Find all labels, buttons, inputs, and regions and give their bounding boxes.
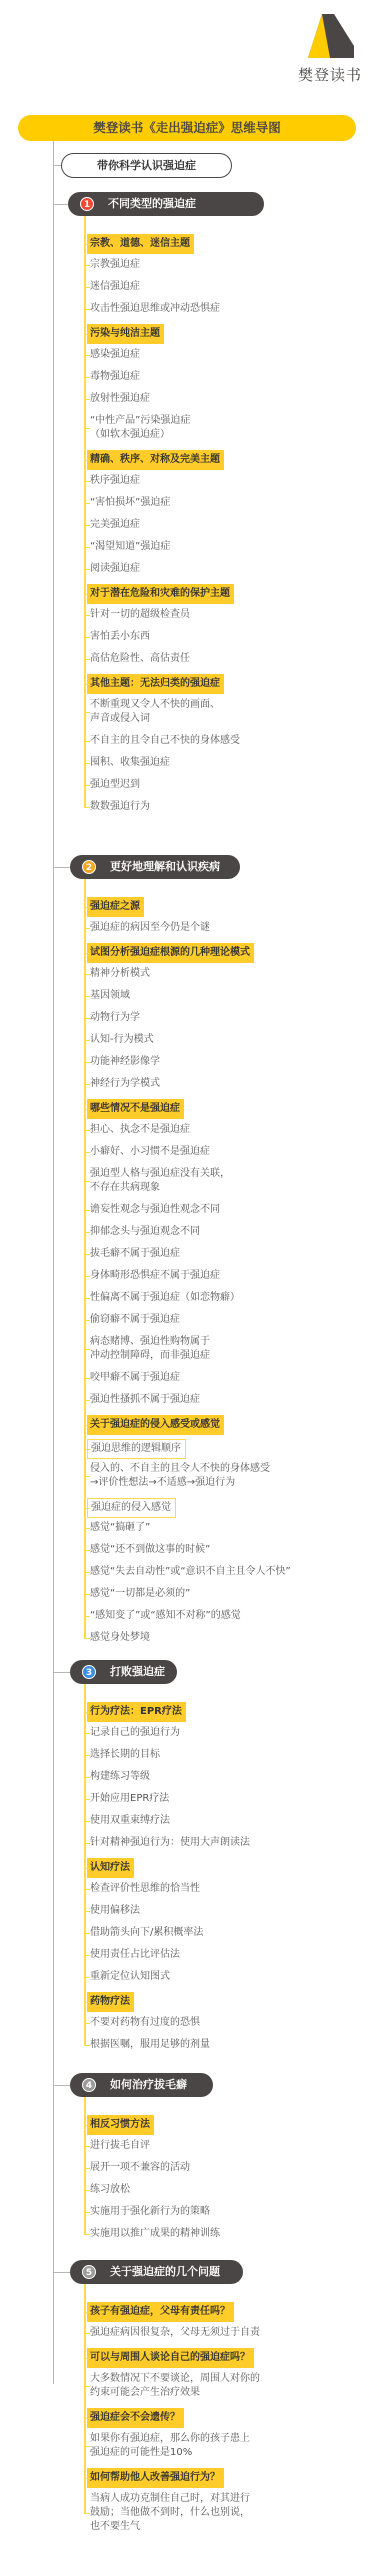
leaf-node[interactable]: 偷窃癖不属于强迫症 — [90, 1313, 180, 1327]
leaf-node[interactable]: 强迫症的病因至今仍是个谜 — [90, 921, 210, 935]
leaf-node[interactable]: 不自主的且令自己不快的身体感受 — [90, 734, 240, 748]
category-node[interactable]: 孩子有强迫症，父母有责任吗？ — [87, 2302, 234, 2322]
leaf-node[interactable]: 强迫症病因很复杂，父母无须过于自责 — [90, 2326, 260, 2340]
section-branch-line — [84, 1684, 86, 2046]
leaf-node[interactable]: 构建练习等级 — [90, 1770, 150, 1784]
leaf-node[interactable]: 实施用以推广成果的精神训练 — [90, 2227, 220, 2241]
leaf-node[interactable]: 感觉“还不到做这事的时候” — [90, 1543, 210, 1557]
trunk-line — [53, 141, 54, 2384]
leaf-node[interactable]: 谵妄性观念与强迫性观念不同 — [90, 1203, 220, 1217]
leaf-node[interactable]: 开始应用EPR疗法 — [90, 1792, 169, 1806]
intro-node[interactable]: 带你科学认识强迫症 — [61, 153, 232, 178]
leaf-node[interactable]: 基因领域 — [90, 989, 130, 1003]
leaf-node[interactable]: 如果你有强迫症，那么你的孩子患上 强迫症的可能性是10% — [90, 2432, 250, 2460]
leaf-node[interactable]: “感知变了”或“感知不对称”的感觉 — [90, 1609, 241, 1623]
category-node[interactable]: 行为疗法：EPR疗法 — [87, 1702, 186, 1722]
section-title: 关于强迫症的几个问题 — [110, 2265, 220, 2278]
leaf-node[interactable]: 拔毛癖不属于强迫症 — [90, 1247, 180, 1261]
leaf-node[interactable]: 不要对药物有过度的恐惧 — [90, 2016, 200, 2030]
subcategory-node[interactable]: 强迫思维的逻辑顺序 — [87, 1439, 186, 1459]
category-node[interactable]: 宗教、道德、迷信主题 — [87, 234, 194, 254]
section-node-1[interactable]: 1不同类型的强迫症 — [68, 192, 264, 216]
section-title: 如何治疗拔毛癖 — [110, 2078, 187, 2091]
section-branch-line — [84, 2097, 86, 2235]
section-branch-line — [84, 216, 86, 808]
section-node-3[interactable]: 3打败强迫症 — [70, 1660, 177, 1684]
connector — [53, 204, 68, 205]
mindmap-title: 樊登读书《走出强迫症》思维导图 — [18, 115, 356, 141]
connector — [53, 165, 61, 166]
leaf-node[interactable]: 小癖好、小习惯不是强迫症 — [90, 1145, 210, 1159]
category-node[interactable]: 可以与周围人谈论自己的强迫症吗？ — [87, 2348, 254, 2368]
fandeng-logo: 樊登读书 — [290, 10, 370, 80]
leaf-node[interactable]: 使用偏移法 — [90, 1904, 140, 1918]
leaf-node[interactable]: 进行拔毛自评 — [90, 2139, 150, 2153]
section-node-4[interactable]: 4如何治疗拔毛癖 — [70, 2073, 213, 2097]
leaf-node[interactable]: 担心、执念不是强迫症 — [90, 1123, 190, 1137]
connector — [53, 867, 70, 868]
leaf-node[interactable]: 针对一切的超级检查员 — [90, 608, 190, 622]
section-number-badge: 1 — [80, 197, 94, 211]
leaf-node[interactable]: 展开一项不兼容的活动 — [90, 2161, 190, 2175]
category-node[interactable]: 药物疗法 — [87, 1992, 134, 2012]
leaf-node[interactable]: 借助箭头向下/累积概率法 — [90, 1926, 203, 1940]
leaf-node[interactable]: 感觉“一切都是必须的” — [90, 1587, 190, 1601]
leaf-node[interactable]: 强迫型迟到 — [90, 778, 140, 792]
leaf-node[interactable]: 选择长期的目标 — [90, 1748, 160, 1762]
section-title: 打败强迫症 — [110, 1665, 165, 1678]
leaf-node[interactable]: 数数强迫行为 — [90, 800, 150, 814]
leaf-node[interactable]: 宗教强迫症 — [90, 258, 140, 272]
leaf-node[interactable]: “中性产品”污染强迫症 （如软木强迫症） — [90, 414, 190, 442]
category-node[interactable]: 关于强迫症的侵入感受或感觉 — [87, 1415, 224, 1435]
leaf-node[interactable]: 实施用于强化新行为的策略 — [90, 2205, 210, 2219]
leaf-node[interactable]: 使用责任占比评估法 — [90, 1948, 180, 1962]
leaf-node[interactable]: 动物行为学 — [90, 1011, 140, 1025]
leaf-node[interactable]: 身体畸形恐惧症不属于强迫症 — [90, 1269, 220, 1283]
leaf-node[interactable]: 秩序强迫症 — [90, 474, 140, 488]
leaf-node[interactable]: 不断重现又令人不快的画面、 声音或侵入词 — [90, 698, 220, 726]
leaf-node[interactable]: 放射性强迫症 — [90, 392, 150, 406]
leaf-node[interactable]: 完美强迫症 — [90, 518, 140, 532]
leaf-node[interactable]: 性偏离不属于强迫症（如恋物癖） — [90, 1291, 240, 1305]
category-node[interactable]: 哪些情况不是强迫症 — [87, 1099, 184, 1119]
category-node[interactable]: 试图分析强迫症根源的几种理论模式 — [87, 943, 254, 963]
leaf-node[interactable]: 神经行为学模式 — [90, 1077, 160, 1091]
leaf-node[interactable]: 根据医嘱，服用足够的剂量 — [90, 2038, 210, 2052]
leaf-node[interactable]: 囤积、收集强迫症 — [90, 756, 170, 770]
leaf-node[interactable]: 练习放松 — [90, 2183, 130, 2197]
connector — [53, 1672, 70, 1673]
category-node[interactable]: 强迫症之源 — [87, 897, 144, 917]
section-number-badge: 5 — [82, 2265, 96, 2279]
category-node[interactable]: 强迫症会不会遗传？ — [87, 2408, 184, 2428]
leaf-node[interactable]: 大多数情况下不要谈论，周围人对你的 约束可能会产生治疗效果 — [90, 2372, 260, 2400]
leaf-node[interactable]: 害怕丢小东西 — [90, 630, 150, 644]
leaf-node[interactable]: 抑郁念头与强迫观念不同 — [90, 1225, 200, 1239]
leaf-node[interactable]: 精神分析模式 — [90, 967, 150, 981]
section-title: 更好地理解和认识疾病 — [110, 860, 220, 873]
leaf-node[interactable]: “害怕损坏”强迫症 — [90, 496, 170, 510]
leaf-node[interactable]: 记录自己的强迫行为 — [90, 1726, 180, 1740]
leaf-node[interactable]: 针对精神强迫行为：使用大声朗读法 — [90, 1836, 250, 1850]
leaf-node[interactable]: 感觉“失去自动性”或“意识不自主且令人不快” — [90, 1565, 291, 1579]
leaf-node[interactable]: 感觉“搞砸了” — [90, 1521, 150, 1535]
leaf-node[interactable]: 高估危险性、高估责任 — [90, 652, 190, 666]
section-number-badge: 3 — [82, 1665, 96, 1679]
leaf-node[interactable]: 检查评价性思维的恰当性 — [90, 1882, 200, 1896]
leaf-node[interactable]: 迷信强迫症 — [90, 280, 140, 294]
connector — [53, 2085, 70, 2086]
leaf-node[interactable]: 当病人成功克制住自己时，对其进行 鼓励；当他做不到时，什么也别说， 也不要生气 — [90, 2492, 250, 2534]
leaf-node[interactable]: 咬甲癖不属于强迫症 — [90, 1371, 180, 1385]
leaf-node[interactable]: 强迫型人格与强迫症没有关联， 不存在共病现象 — [90, 1167, 230, 1195]
category-node[interactable]: 对于潜在危险和灾难的保护主题 — [87, 584, 234, 604]
leaf-node[interactable]: 使用双重束缚疗法 — [90, 1814, 170, 1828]
subcategory-node[interactable]: 强迫症的侵入感觉 — [87, 1498, 176, 1518]
leaf-node[interactable]: “渴望知道”强迫症 — [90, 540, 170, 554]
section-number-badge: 2 — [82, 860, 96, 874]
section-title: 不同类型的强迫症 — [108, 197, 196, 210]
category-node[interactable]: 污染与纯洁主题 — [87, 324, 164, 344]
leaf-node[interactable]: 功能神经影像学 — [90, 1055, 160, 1069]
leaf-node[interactable]: 攻击性强迫思维或冲动恐惧症 — [90, 302, 220, 316]
section-node-2[interactable]: 2更好地理解和认识疾病 — [70, 855, 240, 879]
leaf-node[interactable]: 认知-行为模式 — [90, 1033, 154, 1047]
category-node[interactable]: 相反习惯方法 — [87, 2115, 154, 2135]
section-node-5[interactable]: 5关于强迫症的几个问题 — [70, 2260, 243, 2284]
leaf-node[interactable]: 阅读强迫症 — [90, 562, 140, 576]
category-node[interactable]: 如何帮助他人改善强迫行为？ — [87, 2468, 224, 2488]
leaf-node[interactable]: 侵入的、不自主的且令人不快的身体感受 →评价性想法→不适感→强迫行为 — [90, 1462, 270, 1490]
category-node[interactable]: 其他主题：无法归类的强迫症 — [87, 674, 224, 694]
section-number-badge: 4 — [82, 2078, 96, 2092]
leaf-node[interactable]: 感染强迫症 — [90, 348, 140, 362]
leaf-node[interactable]: 强迫性搔抓不属于强迫症 — [90, 1393, 200, 1407]
logo-text: 樊登读书 — [290, 64, 370, 85]
category-node[interactable]: 认知疗法 — [87, 1858, 134, 1878]
category-node[interactable]: 精确、秩序、对称及完美主题 — [87, 450, 224, 470]
book-tent-icon — [304, 10, 356, 62]
leaf-node[interactable]: 病态赌博、强迫性购物属于 冲动控制障碍，而非强迫症 — [90, 1335, 210, 1363]
leaf-node[interactable]: 重新定位认知图式 — [90, 1970, 170, 1984]
section-branch-line — [84, 879, 86, 1639]
leaf-node[interactable]: 毒物强迫症 — [90, 370, 140, 384]
leaf-node[interactable]: 感觉身处梦境 — [90, 1631, 150, 1645]
connector — [53, 2272, 70, 2273]
section-branch-line — [84, 2284, 86, 2514]
